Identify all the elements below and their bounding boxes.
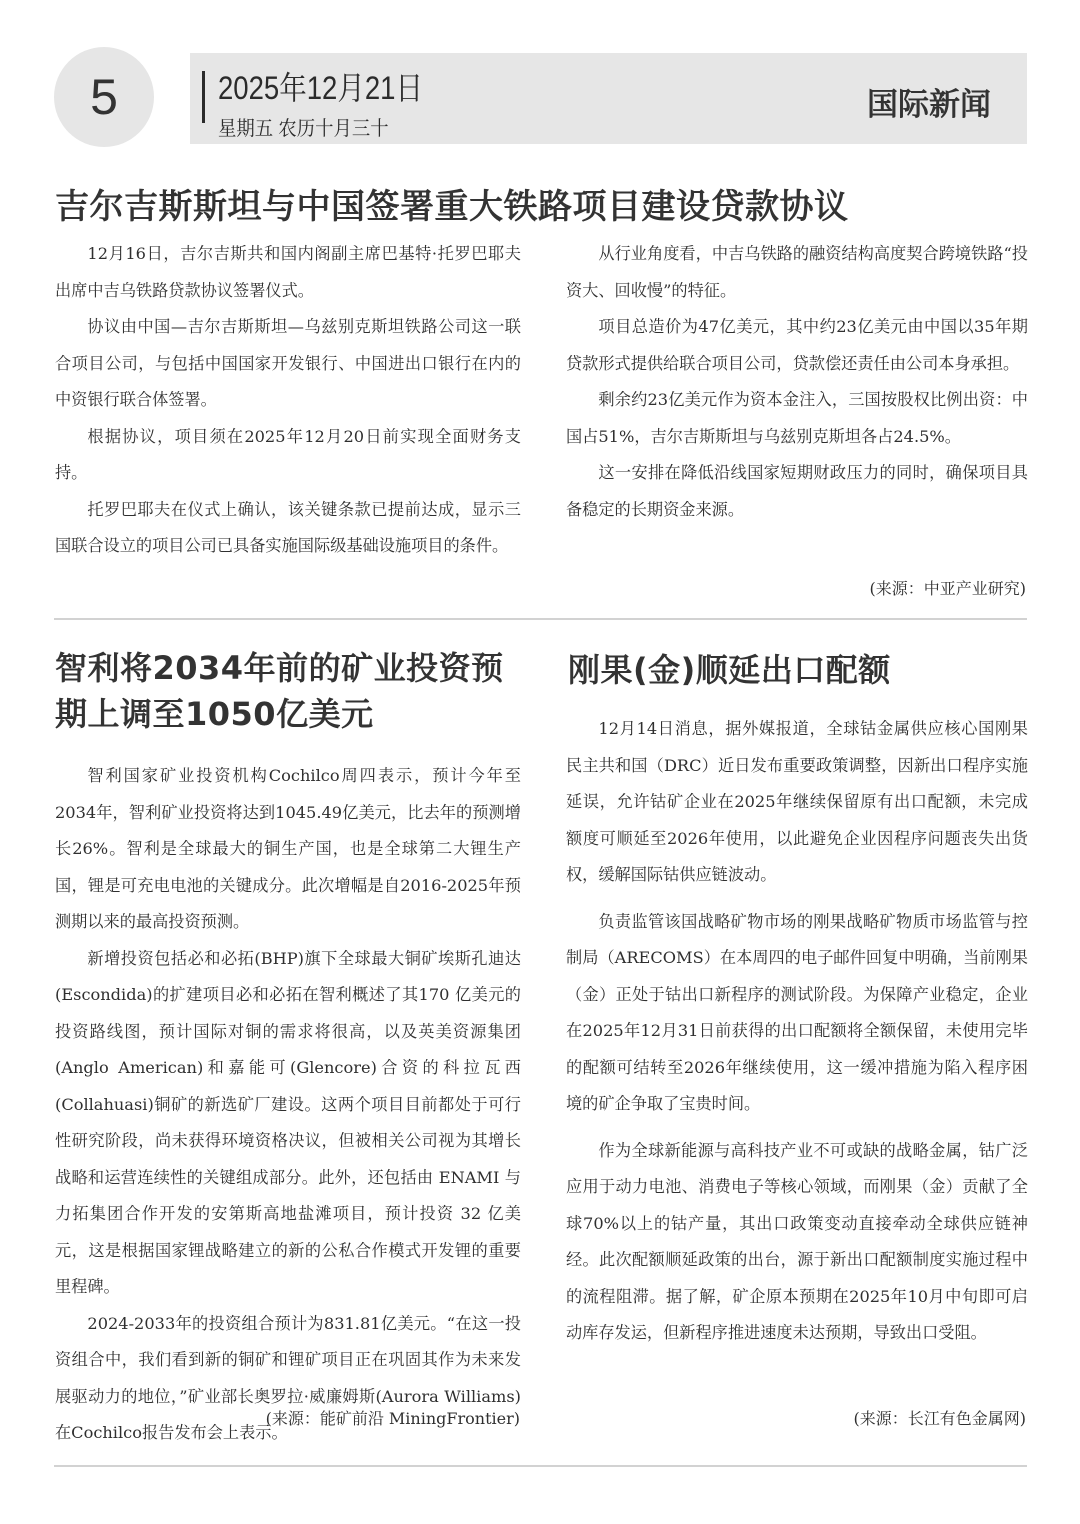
page-bottom-divider bbox=[54, 1465, 1027, 1467]
article-paragraph: 新增投资包括必和必拓(BHP)旗下全球最大铜矿埃斯孔迪达(Escondida)的… bbox=[55, 941, 521, 1306]
article-paragraph: 2024-2033年的投资组合预计为831.81亿美元。“在这一投资组合中，我们… bbox=[55, 1306, 521, 1452]
article-paragraph: 从行业角度看，中吉乌铁路的融资结构高度契合跨境铁路“投资大、回收慢”的特征。 bbox=[566, 236, 1028, 309]
page-number: 5 bbox=[90, 68, 118, 126]
article-paragraph: 负责监管该国战略矿物市场的刚果战略矿物质市场监管与控制局（ARECOMS）在本周… bbox=[566, 904, 1028, 1123]
header-accent-bar bbox=[202, 71, 205, 123]
issue-date: 2025年12月21日 bbox=[218, 63, 423, 109]
page-number-badge: 5 bbox=[54, 47, 154, 147]
article-paragraph: 智利国家矿业投资机构Cochilco周四表示，预计今年至2034年，智利矿业投资… bbox=[55, 758, 521, 941]
article-1-right-column: 从行业角度看，中吉乌铁路的融资结构高度契合跨境铁路“投资大、回收慢”的特征。 项… bbox=[566, 236, 1028, 528]
article-3-body: 12月14日消息，据外媒报道，全球钴金属供应核心国刚果民主共和国（DRC）近日发… bbox=[566, 711, 1028, 1352]
article-2-source: (来源：能矿前沿 MiningFrontier) bbox=[266, 1406, 520, 1429]
article-paragraph: 根据协议，项目须在2025年12月20日前实现全面财务支持。 bbox=[55, 419, 521, 492]
weekday-lunar-date: 星期五 农历十月三十 bbox=[218, 112, 389, 141]
article-paragraph: 12月14日消息，据外媒报道，全球钴金属供应核心国刚果民主共和国（DRC）近日发… bbox=[566, 711, 1028, 894]
section-title: 国际新闻 bbox=[867, 79, 991, 124]
article-paragraph: 项目总造价为47亿美元，其中约23亿美元由中国以35年期贷款形式提供给联合项目公… bbox=[566, 309, 1028, 382]
article-headline-chile-mining: 智利将2034年前的矿业投资预期上调至1050亿美元 bbox=[55, 645, 525, 737]
article-paragraph: 这一安排在降低沿线国家短期财政压力的同时，确保项目具备稳定的长期资金来源。 bbox=[566, 455, 1028, 528]
article-paragraph: 作为全球新能源与高科技产业不可或缺的战略金属，钴广泛应用于动力电池、消费电子等核… bbox=[566, 1133, 1028, 1352]
article-paragraph: 剩余约23亿美元作为资本金注入，三国按股权比例出资：中国占51%，吉尔吉斯斯坦与… bbox=[566, 382, 1028, 455]
article-3-source: (来源：长江有色金属网) bbox=[854, 1406, 1027, 1429]
article-headline-kyrgyzstan-railway: 吉尔吉斯斯坦与中国签署重大铁路项目建设贷款协议 bbox=[55, 179, 849, 228]
article-headline-drc-export-quota: 刚果(金)顺延出口配额 bbox=[568, 645, 891, 691]
article-1-source: (来源：中亚产业研究) bbox=[870, 576, 1027, 599]
article-paragraph: 托罗巴耶夫在仪式上确认，该关键条款已提前达成，显示三国联合设立的项目公司已具备实… bbox=[55, 492, 521, 565]
article-paragraph: 12月16日，吉尔吉斯共和国内阁副主席巴基特·托罗巴耶夫出席中吉乌铁路贷款协议签… bbox=[55, 236, 521, 309]
article-1-left-column: 12月16日，吉尔吉斯共和国内阁副主席巴基特·托罗巴耶夫出席中吉乌铁路贷款协议签… bbox=[55, 236, 521, 565]
article-paragraph: 协议由中国—吉尔吉斯斯坦—乌兹别克斯坦铁路公司这一联合项目公司，与包括中国国家开… bbox=[55, 309, 521, 419]
article-2-body: 智利国家矿业投资机构Cochilco周四表示，预计今年至2034年，智利矿业投资… bbox=[55, 758, 521, 1452]
section-divider bbox=[54, 618, 1027, 620]
header-band: 2025年12月21日 星期五 农历十月三十 国际新闻 bbox=[190, 53, 1027, 144]
